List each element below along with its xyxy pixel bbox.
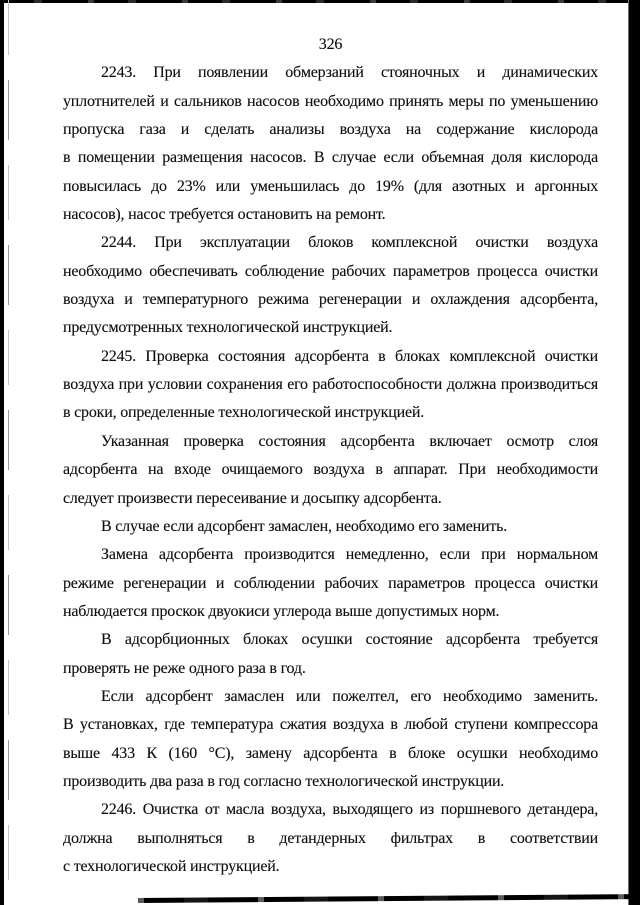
text-line: В установках, где температура сжатия воз…	[63, 711, 598, 739]
text-line: предусмотренных технологической инструкц…	[63, 314, 598, 342]
scan-edge-top	[0, 0, 640, 3]
scan-fold-line	[8, 0, 9, 905]
text-line: 2245. Проверка состояния адсорбента в бл…	[63, 343, 598, 371]
text-line: 2244. При эксплуатации блоков комплексно…	[63, 229, 598, 257]
text-line: воздуха и температурного режима регенера…	[63, 286, 598, 314]
text-line: производить два раза в год согласно техн…	[63, 768, 598, 796]
text-line: В адсорбционных блоках осушки состояние …	[63, 626, 598, 654]
scan-edge-left	[0, 0, 4, 905]
text-line: режиме регенерации и соблюдении рабочих …	[63, 570, 598, 598]
text-line: 2243. При появлении обмерзаний стояночны…	[63, 59, 598, 87]
text-line: должна выполняться в детандерных фильтра…	[63, 825, 598, 853]
text-line: в помещении размещения насосов. В случае…	[63, 144, 598, 172]
text-line: необходимо обеспечивать соблюдение рабоч…	[63, 258, 598, 286]
text-line: насосов), насос требуется остановить на …	[63, 201, 598, 229]
text-line: повысилась до 23% или уменьшилась до 19%…	[63, 173, 598, 201]
text-line: воздуха при условии сохранения его работ…	[63, 371, 598, 399]
text-line: уплотнителей и сальников насосов необход…	[63, 88, 598, 116]
text-line: Если адсорбент замаслен или пожелтел, ег…	[63, 683, 598, 711]
document-body: 2243. При появлении обмерзаний стояночны…	[63, 59, 598, 881]
text-line: пропуска газа и сделать анализы воздуха …	[63, 116, 598, 144]
text-line: адсорбента на входе очищаемого воздуха в…	[63, 456, 598, 484]
page-number: 326	[63, 31, 598, 59]
text-line: Замена адсорбента производится немедленн…	[63, 541, 598, 569]
text-line: проверять не реже одного раза в год.	[63, 655, 598, 683]
text-line: в сроки, определенные технологической ин…	[63, 399, 598, 427]
text-line: 2246. Очистка от масла воздуха, выходяще…	[63, 796, 598, 824]
text-line: следует произвести пересеивание и досыпк…	[63, 485, 598, 513]
text-line: Указанная проверка состояния адсорбента …	[63, 428, 598, 456]
scanned-page: 326 2243. При появлении обмерзаний стоян…	[0, 0, 640, 905]
scan-edge-bottom	[138, 894, 634, 903]
page-content: 326 2243. При появлении обмерзаний стоян…	[63, 31, 598, 881]
text-line: с технологической инструкцией.	[63, 853, 598, 881]
scan-edge-right	[628, 0, 640, 905]
text-line: выше 433 К (160 °C), замену адсорбента в…	[63, 740, 598, 768]
text-line: наблюдается проскок двуокиси углерода вы…	[63, 598, 598, 626]
text-line: В случае если адсорбент замаслен, необхо…	[63, 513, 598, 541]
